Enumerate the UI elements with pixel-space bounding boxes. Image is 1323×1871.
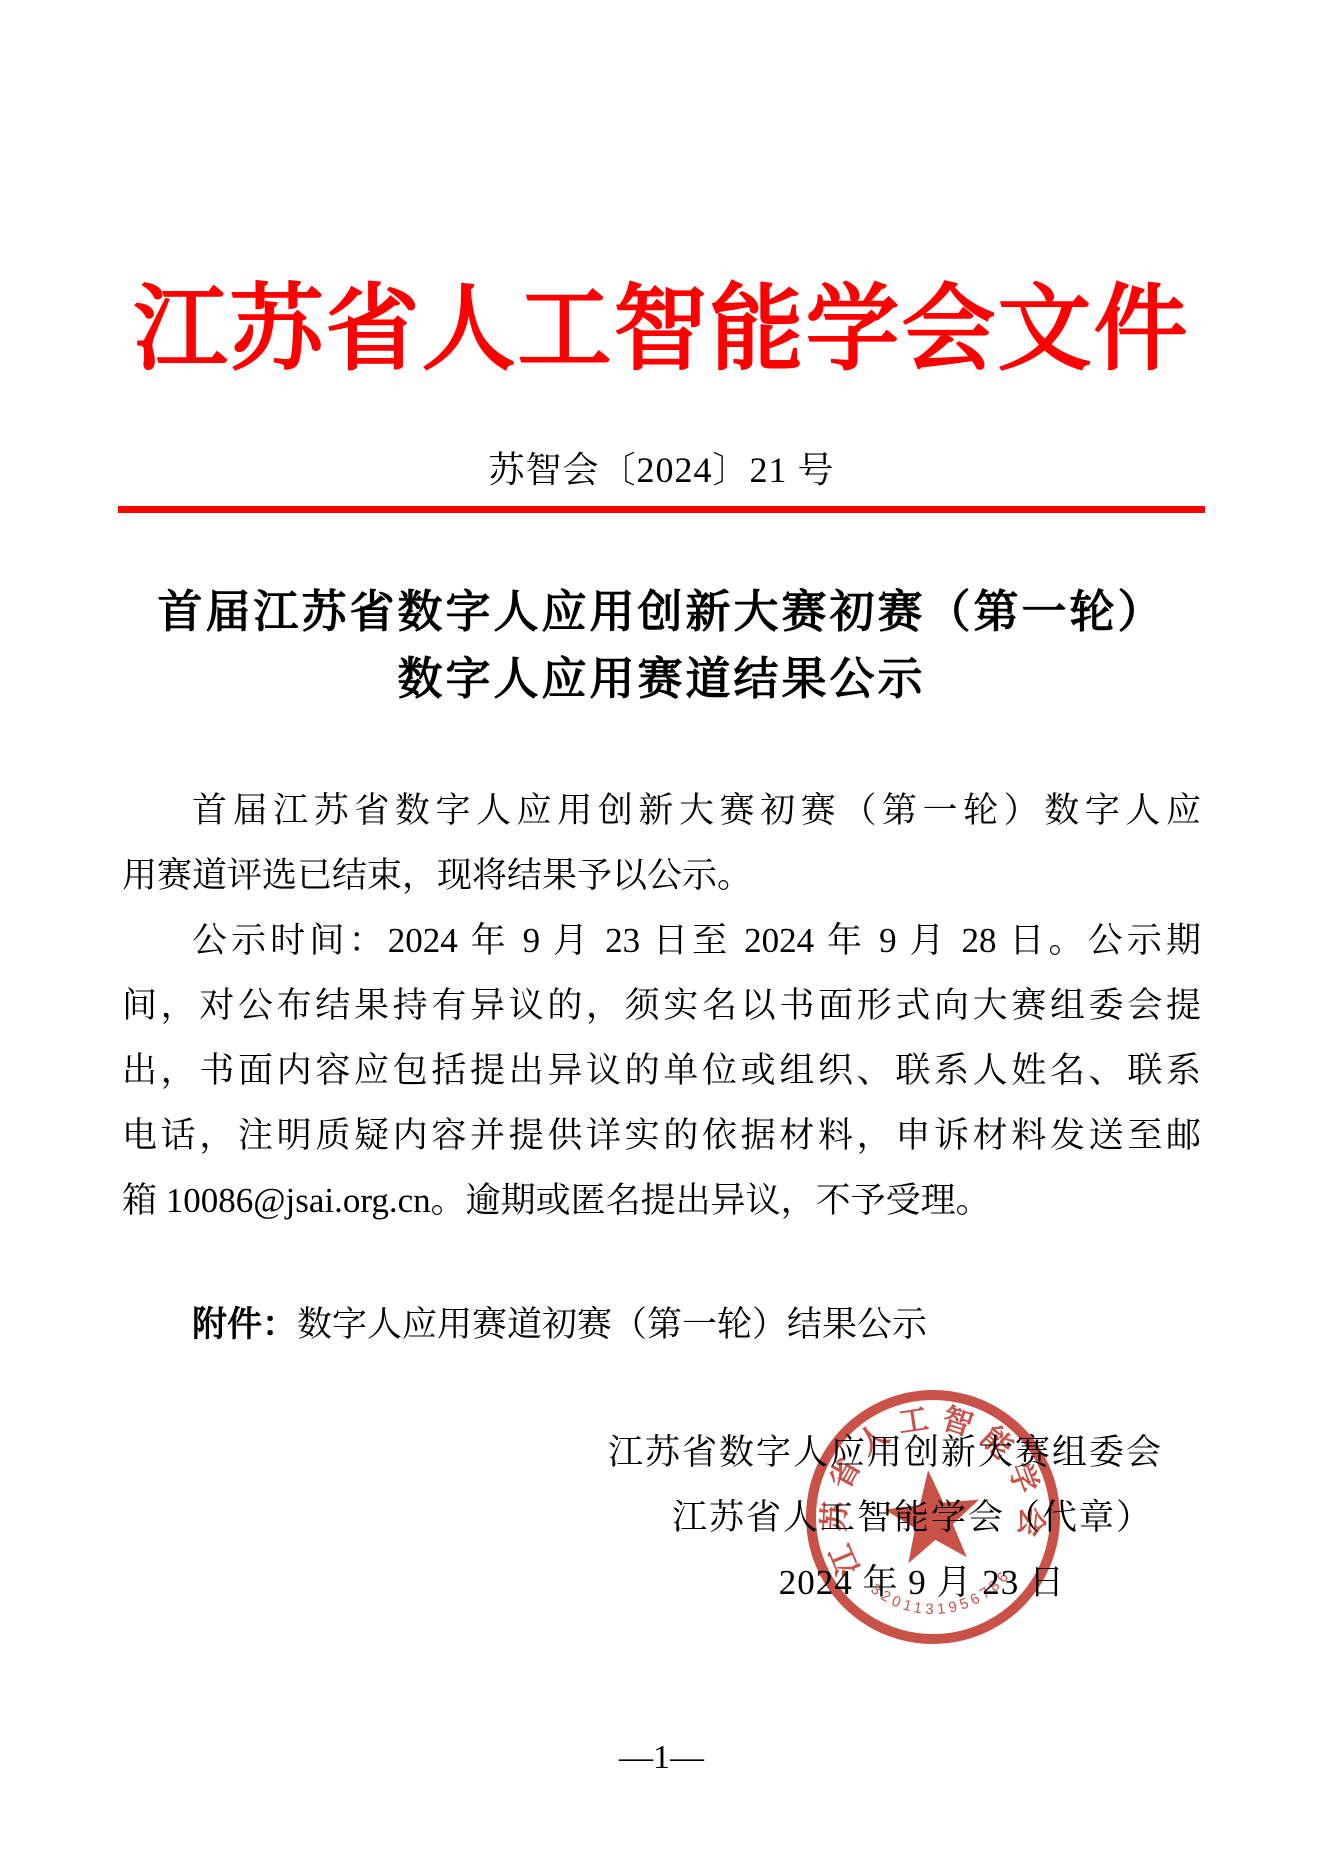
seal-star-icon [881, 1465, 985, 1565]
signature-committee: 江苏省数字人应用创新大赛组委会 [0, 1420, 1323, 1485]
body-line: 用赛道评选已结束，现将结果予以公示。 [122, 843, 1201, 908]
body-line: 电话，注明质疑内容并提供详实的依据材料，申诉材料发送至邮 [122, 1103, 1201, 1168]
signature-society: 江苏省人工智能学会（代章） [0, 1485, 1323, 1550]
body-line: 间，对公布结果持有异议的，须实名以书面形式向大赛组委会提 [122, 973, 1201, 1038]
body-line: 出，书面内容应包括提出异议的单位或组织、联系人姓名、联系 [122, 1038, 1201, 1103]
body-line: 首届江苏省数字人应用创新大赛初赛（第一轮）数字人应 [122, 778, 1201, 843]
signature-date: 2024 年 9 月 23 日 [0, 1550, 1323, 1615]
page-number: —1— [0, 1738, 1323, 1778]
attachment-text: 数字人应用赛道初赛（第一轮）结果公示 [297, 1305, 927, 1344]
attachment-label: 附件： [192, 1305, 297, 1344]
official-seal-stamp: 江苏省人工智能学会 3201131956786 [787, 1371, 1079, 1663]
header-org-title: 江苏省人工智能学会文件 [0, 278, 1323, 383]
notice-title-line2: 数字人应用赛道结果公示 [0, 652, 1323, 707]
attachment-line: 附件：数字人应用赛道初赛（第一轮）结果公示 [122, 1292, 1201, 1357]
document-number: 苏智会〔2024〕21 号 [0, 445, 1323, 495]
body-line: 公示时间：2024 年 9 月 23 日至 2024 年 9 月 28 日。公示… [122, 908, 1201, 973]
document-page: 江苏省人工智能学会文件 苏智会〔2024〕21 号 首届江苏省数字人应用创新大赛… [0, 0, 1323, 1871]
notice-body: 首届江苏省数字人应用创新大赛初赛（第一轮）数字人应 用赛道评选已结束，现将结果予… [122, 778, 1201, 1233]
red-divider-line [118, 506, 1205, 513]
notice-title-line1: 首届江苏省数字人应用创新大赛初赛（第一轮） [0, 585, 1323, 640]
body-line: 箱 10086@jsai.org.cn。逾期或匿名提出异议，不予受理。 [122, 1168, 1201, 1233]
